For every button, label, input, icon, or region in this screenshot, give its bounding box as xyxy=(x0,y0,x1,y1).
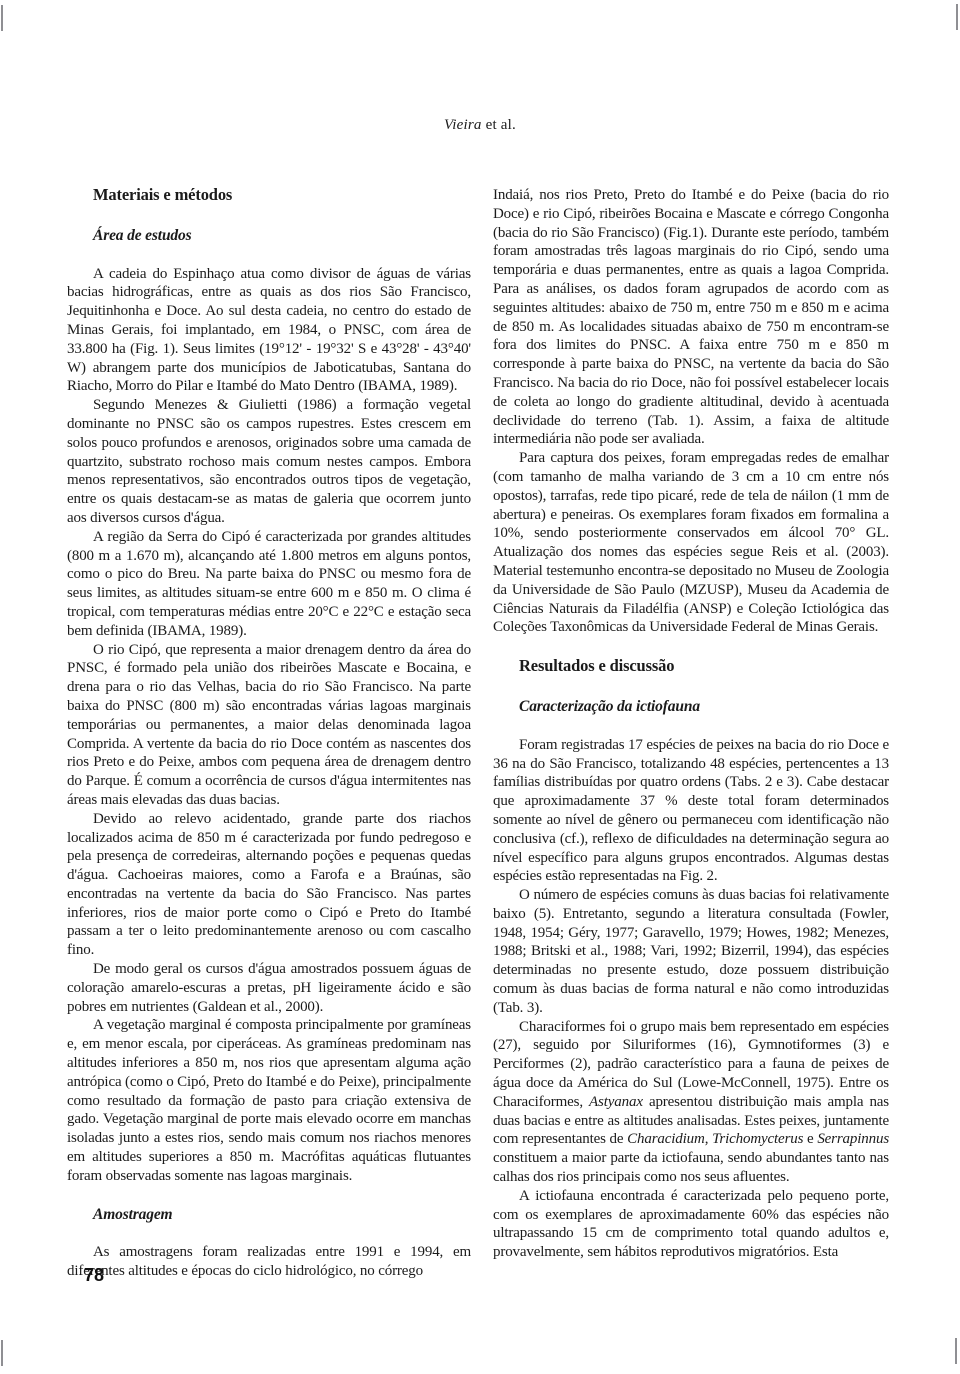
paper-page: Vieira et al. Materiais e métodos Área d… xyxy=(0,0,960,1374)
paragraph-indaia-continuation: Indaiá, nos rios Preto, Preto do Itambé … xyxy=(493,186,889,449)
paragraph-characiformes: Characiformes foi o grupo mais bem repre… xyxy=(493,1018,889,1187)
left-column: Materiais e métodos Área de estudos A ca… xyxy=(67,186,471,1281)
paragraph-small-size-fauna: A ictiofauna encontrada é caracterizada … xyxy=(493,1187,889,1262)
crop-mark-bottom-right xyxy=(955,1338,957,1364)
crop-mark-top-left xyxy=(1,5,3,31)
paragraph-dominant-vegetation: Segundo Menezes & Giulietti (1986) a for… xyxy=(67,396,471,528)
paragraph-rio-cipo: O rio Cipó, que representa a maior drena… xyxy=(67,641,471,810)
crop-mark-top-right xyxy=(956,4,958,30)
paragraph-relief: Devido ao relevo acidentado, grande part… xyxy=(67,810,471,960)
paragraph-serra-cipo: A região da Serra do Cipó é caracterizad… xyxy=(67,528,471,641)
subheading-ichthyofauna-characterization: Caracterização da ictiofauna xyxy=(493,698,889,717)
subheading-sampling: Amostragem xyxy=(67,1206,471,1225)
paragraph-species-recorded: Foram registradas 17 espécies de peixes … xyxy=(493,736,889,886)
right-column: Indaiá, nos rios Preto, Preto do Itambé … xyxy=(493,186,889,1262)
section-heading-results-discussion: Resultados e discussão xyxy=(493,657,889,676)
paragraph-fish-capture: Para captura dos peixes, foram empregada… xyxy=(493,449,889,637)
section-heading-materials-methods: Materiais e métodos xyxy=(67,186,471,205)
paragraph-common-species: O número de espécies comuns às duas baci… xyxy=(493,886,889,1018)
running-head: Vieira et al. xyxy=(0,117,960,134)
paragraph-water-color: De modo geral os cursos d'água amostrado… xyxy=(67,960,471,1016)
crop-mark-bottom-left xyxy=(1,1340,3,1366)
paragraph-sampling: As amostragens foram realizadas entre 19… xyxy=(67,1243,471,1281)
paragraph-espinhaco: A cadeia do Espinhaço atua como divisor … xyxy=(67,265,471,397)
page-number: 78 xyxy=(84,1265,104,1286)
paragraph-marginal-vegetation: A vegetação marginal é composta principa… xyxy=(67,1016,471,1185)
subheading-study-area: Área de estudos xyxy=(67,227,471,246)
